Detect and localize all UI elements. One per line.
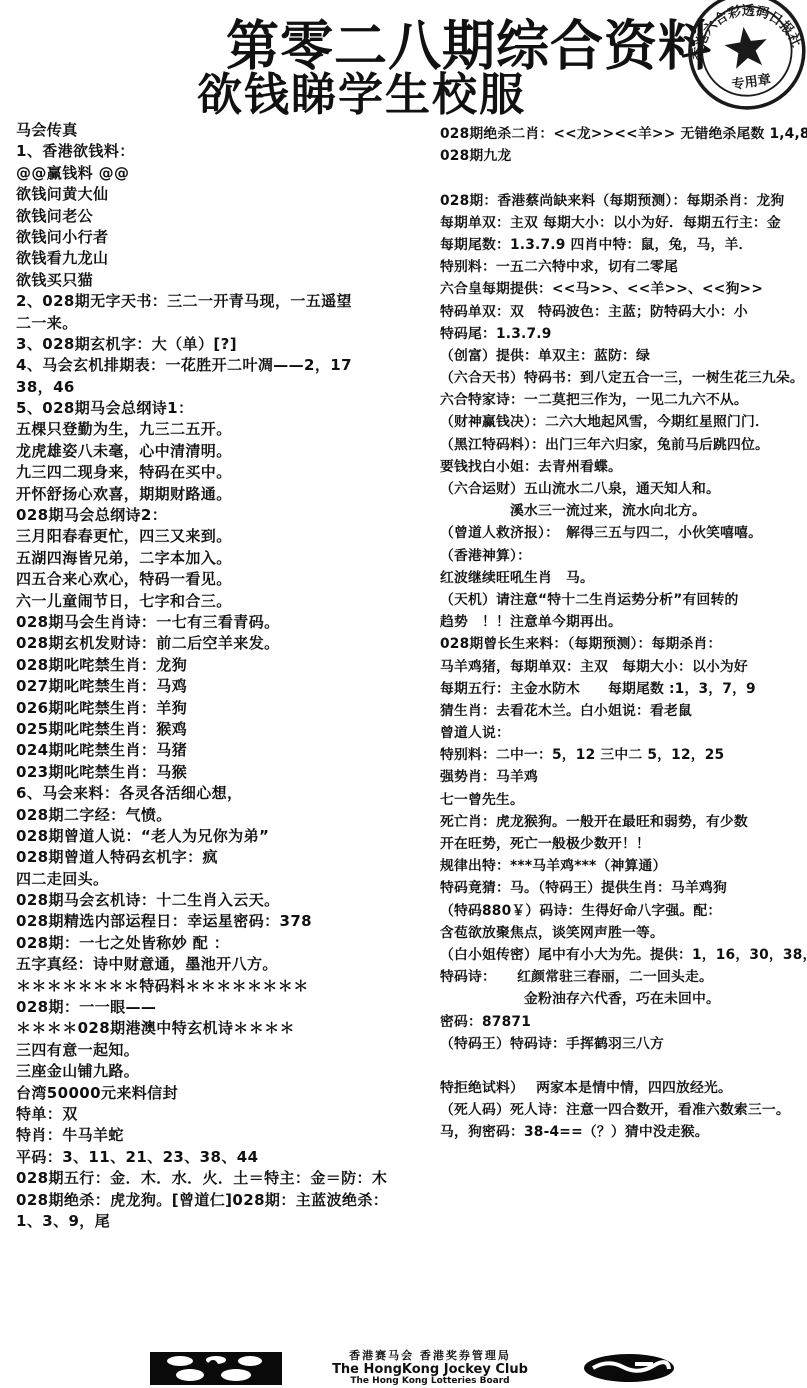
text-line: 马羊鸡猪，每期单双：主双 每期大小：以小为好 [440, 655, 806, 677]
text-line: 026期叱咤禁生肖：羊狗 [16, 697, 446, 718]
text-line: 2、028期无字天书：三二一开青马现，一五遥望 [16, 290, 446, 311]
footer-english-title: The HongKong Jockey Club [285, 1363, 575, 1376]
text-line: （六合运财）五山流水二八泉，通天知人和。 [440, 477, 806, 499]
text-line: 028期：一一眼—— [16, 996, 446, 1017]
text-line: 六一儿童闹节日，七字和合三。 [16, 590, 446, 611]
text-line: 红波继续旺吼生肖 马。 [440, 566, 806, 588]
text-line: 028期曾长生来料：（每期预测）：每期杀肖： [440, 632, 806, 654]
text-line: 38，46 [16, 376, 446, 397]
text-line: （曾道人救济报）： 解得三五与四二，小伙笑嘻嘻。 [440, 521, 806, 543]
text-line: 每期单双：主双 每期大小：以小为好．每期五行主：金 [440, 211, 806, 233]
text-line: 强势肖：马羊鸡 [440, 765, 806, 787]
text-line: 028期：香港蔡尚缺来料（每期预测）：每期杀肖：龙狗 [440, 189, 806, 211]
text-line: 三月阳春春更忙，四三又来到。 [16, 525, 446, 546]
text-line: 5、028期马会总纲诗1： [16, 397, 446, 418]
text-line: 规律出特：***马羊鸡***（神算通） [440, 854, 806, 876]
text-line: 五字真经：诗中财意通，墨池开八方。 [16, 953, 446, 974]
text-line: 开在旺势，死亡一般极少数开！！ [440, 832, 806, 854]
text-line: 台湾50000元来料信封 [16, 1082, 446, 1103]
text-line: 特码诗： 红颜常驻三春丽，二一回头走。 [440, 965, 806, 987]
text-line: 含苞欲放聚焦点，谈笑网声胜一等。 [440, 921, 806, 943]
text-line: 死亡肖：虎龙猴狗。一般开在最旺和弱势，有少数 [440, 810, 806, 832]
text-line: 二一来。 [16, 312, 446, 333]
text-line: 曾道人说： [440, 721, 806, 743]
footer-english-subtitle: The Hong Kong Lotteries Board [285, 1376, 575, 1386]
text-line: （财神赢钱决）：二六大地起风雪，今期红星照门门． [440, 410, 806, 432]
text-line: 028期马会总纲诗2： [16, 504, 446, 525]
text-line: 024期叱咤禁生肖：马猪 [16, 739, 446, 760]
text-line: 028期马会生肖诗：一七有三看青码。 [16, 611, 446, 632]
text-line: 028期马会玄机诗：十二生肖入云天。 [16, 889, 446, 910]
text-line: 龙虎雄姿八未毫，心中清清明。 [16, 440, 446, 461]
text-line: 六合皇每期提供：<<马>>、<<羊>>、<<狗>> [440, 277, 806, 299]
text-line: 4、马会玄机排期表：一花胜开二叶凋——2，17 [16, 354, 446, 375]
text-line: 028期叱咤禁生肖：龙狗 [16, 654, 446, 675]
text-line: （天机）请注意“特十二生肖运势分析”有回转的 [440, 588, 806, 610]
text-line: 九三四二现身来，特码在买中。 [16, 461, 446, 482]
text-line: 三四有意一起知。 [16, 1039, 446, 1060]
page-title-line2: 欲钱睇学生校服 [197, 58, 526, 123]
text-line: 马，狗密码：38-4==（？）猜中没走猴。 [440, 1120, 806, 1142]
text-line: 四五合来心欢心，特码一看见。 [16, 568, 446, 589]
text-line: 欲钱问黄大仙 [16, 183, 446, 204]
text-line: 欲钱买只猫 [16, 269, 446, 290]
text-line: 七一曾先生。 [440, 788, 806, 810]
text-line: （死人码）死人诗：注意一四合数开，看准六数索三一。 [440, 1098, 806, 1120]
text-line: 五棵只登勤为生，九三二五开。 [16, 418, 446, 439]
text-line: （特码王）特码诗：手挥鹤羽三八方 [440, 1032, 806, 1054]
text-line: 密码：87871 [440, 1010, 806, 1032]
text-line: 028期九龙 [440, 144, 806, 166]
text-line: 特码单双：双 特码波色：主蓝；防特码大小：小 [440, 300, 806, 322]
text-line: 028期曾道人特码玄机字：疯 [16, 846, 446, 867]
text-line: （白小姐传密）尾中有小大为先。提供：1，16，30，38，40 [440, 943, 806, 965]
text-line: （创富）提供：单双主：蓝防：绿 [440, 344, 806, 366]
text-line: ＊＊＊＊028期港澳中特玄机诗＊＊＊＊ [16, 1017, 446, 1038]
text-line: 特别料：二中一：5，12 三中二 5，12，25 [440, 743, 806, 765]
footer-chinese-title: 香港赛马会 香港奖券管理局 [285, 1347, 575, 1363]
stamp-star-icon [722, 24, 770, 70]
text-line: 特单：双 [16, 1103, 446, 1124]
text-line: 金粉油存六代香，巧在未回中。 [440, 987, 806, 1009]
text-line: 欲钱看九龙山 [16, 247, 446, 268]
text-line: 每期尾数：1.3.7.9 四肖中特：鼠，兔，马，羊． [440, 233, 806, 255]
text-line [440, 1054, 806, 1076]
text-line: （黑江特码料）：出门三年六归家，兔前马后跳四位。 [440, 433, 806, 455]
lotteries-board-logo [583, 1353, 675, 1383]
text-line: 平码：3、11、21、23、38、44 [16, 1146, 446, 1167]
text-line: 027期叱咤禁生肖：马鸡 [16, 675, 446, 696]
text-line: ＊＊＊＊＊＊＊＊特码料＊＊＊＊＊＊＊＊ [16, 975, 446, 996]
text-line: 四二走回头。 [16, 868, 446, 889]
text-line: 1、3、9，尾 [16, 1210, 446, 1231]
text-line: 1、香港欲钱料： [16, 140, 446, 161]
text-line: 特码尾：1.3.7.9 [440, 322, 806, 344]
text-line: 028期二字经：气愤。 [16, 804, 446, 825]
right-column: 028期绝杀二肖：<<龙>><<羊>> 无错绝杀尾数 1,4,8028期九龙 0… [440, 122, 806, 1143]
text-line: 028期五行：金．木．水．火．土＝特主：金＝防：木 [16, 1167, 446, 1188]
text-line: 特拒绝试料） 两家本是情中情，四四放经光。 [440, 1076, 806, 1098]
text-line [440, 166, 806, 188]
text-line: 028期曾道人说：“老人为兄你为弟” [16, 825, 446, 846]
text-line: 028期：一七之处皆称妙 配 ： [16, 932, 446, 953]
text-line: 三座金山铺九路。 [16, 1060, 446, 1081]
text-line: 特码竟猜：马。（特码王）提供生肖：马羊鸡狗 [440, 876, 806, 898]
text-line: 欲钱问老公 [16, 205, 446, 226]
text-line: 特肖：牛马羊蛇 [16, 1124, 446, 1145]
text-line: （香港神算）： [440, 544, 806, 566]
text-line: 马会传真 [16, 119, 446, 140]
text-line: 欲钱问小行者 [16, 226, 446, 247]
text-line: 023期叱咤禁生肖：马猴 [16, 761, 446, 782]
footer-text-block: 香港赛马会 香港奖券管理局 The HongKong Jockey Club T… [285, 1347, 575, 1386]
text-line: 028期精选内部运程日：幸运星密码：378 [16, 910, 446, 931]
footer: 香港赛马会 香港奖券管理局 The HongKong Jockey Club T… [0, 1344, 807, 1388]
text-line: @@赢钱料 @@ [16, 162, 446, 183]
stamp-label: 专用章 [730, 71, 772, 93]
text-line: 特别料：一五二六特中求，切有二零尾 [440, 255, 806, 277]
text-line: 六合特家诗：一二莫把三作为，一见二九六不从。 [440, 388, 806, 410]
jockey-club-logo [150, 1352, 282, 1385]
text-line: （特码880￥）码诗：生得好命八字强。配： [440, 899, 806, 921]
text-line: 趋势 ！！注意单今期再出。 [440, 610, 806, 632]
text-line: 3、028期玄机字：大（单）[?] [16, 333, 446, 354]
text-line: 五湖四海皆兄弟，二字本加入。 [16, 547, 446, 568]
official-stamp: 香港六合彩透码日报社 专用章 [676, 0, 807, 122]
text-line: 开怀舒扬心欢喜，期期财路通。 [16, 483, 446, 504]
text-line: 025期叱咤禁生肖：猴鸡 [16, 718, 446, 739]
text-line: 028期玄机发财诗：前二后空羊来发。 [16, 632, 446, 653]
text-line: 要钱找白小姐：去青州看蝶。 [440, 455, 806, 477]
text-line: 溪水三一流过来，流水向北方。 [440, 499, 806, 521]
text-line: （六合天书）特码书：到八定五合一三，一树生花三九朵。 [440, 366, 806, 388]
text-line: 028期绝杀二肖：<<龙>><<羊>> 无错绝杀尾数 1,4,8 [440, 122, 806, 144]
text-line: 每期五行：主金水防木 每期尾数 :1，3，7，9 [440, 677, 806, 699]
text-line: 猜生肖：去看花木兰。白小姐说：看老鼠 [440, 699, 806, 721]
text-line: 6、马会来料：各灵各活细心想， [16, 782, 446, 803]
text-line: 028期绝杀：虎龙狗。[曾道仁]028期：主蓝波绝杀： [16, 1189, 446, 1210]
left-column: 马会传真1、香港欲钱料：@@赢钱料 @@欲钱问黄大仙欲钱问老公欲钱问小行者欲钱看… [16, 119, 446, 1231]
